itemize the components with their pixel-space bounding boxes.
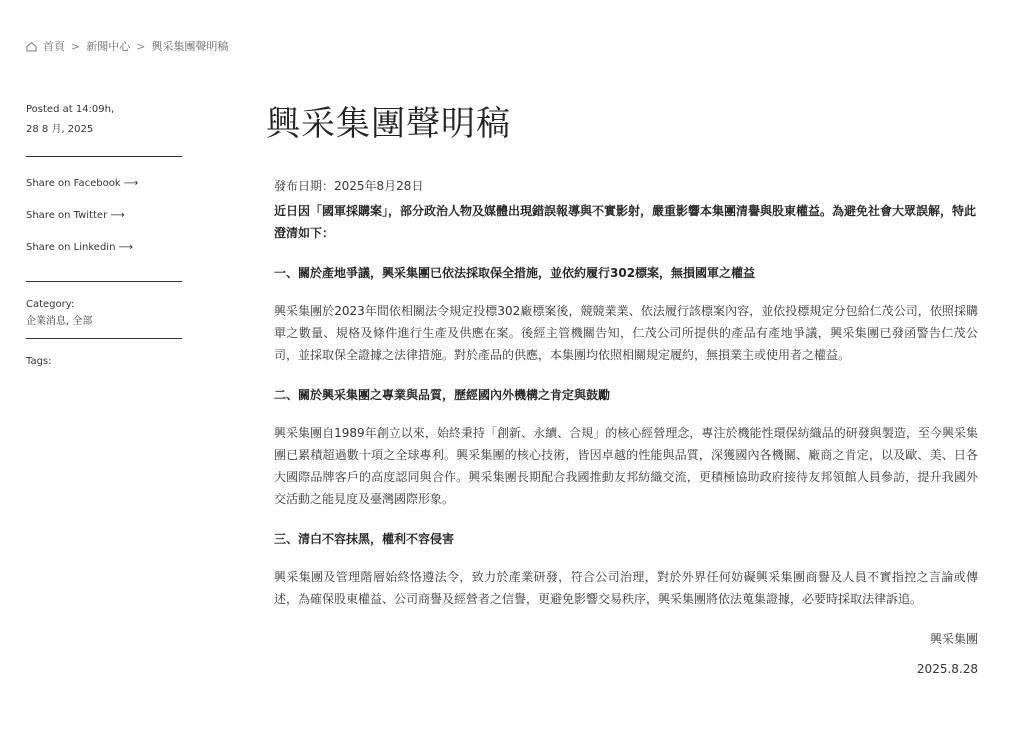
signature: 興采集團 2025.8.28 <box>274 628 978 680</box>
signature-org: 興采集團 <box>274 628 978 650</box>
posted-date: 28 8 月, 2025 <box>26 120 182 140</box>
section-body: 興采集團於2023年間依相關法令規定投標302廠標案後，競競業業、依法履行該標案… <box>274 300 978 366</box>
signature-date: 2025.8.28 <box>274 658 978 680</box>
section-heading: 三、清白不容抹黑，權利不容侵害 <box>274 528 978 550</box>
article-content: 發布日期：2025年8月28日 近日因「國軍採購案」，部分政治人物及媒體出現錯誤… <box>266 176 978 680</box>
breadcrumb-separator: > <box>136 40 145 53</box>
posted-time: Posted at 14:09h, <box>26 100 182 120</box>
section-heading: 二、關於興采集團之專業與品質，歷經國內外機構之肯定與鼓勵 <box>274 384 978 406</box>
share-linkedin-link[interactable]: Share on Linkedin ⟶ <box>26 241 182 273</box>
share-facebook-link[interactable]: Share on Facebook ⟶ <box>26 177 182 209</box>
section-body: 興采集團及管理階層始終恪遵法令，致力於產業研發，符合公司治理，對於外界任何妨礙興… <box>274 566 978 610</box>
share-twitter-link[interactable]: Share on Twitter ⟶ <box>26 209 182 241</box>
tags-block: Tags: <box>26 339 182 370</box>
breadcrumb-news-link[interactable]: 新聞中心 <box>86 38 130 54</box>
section-heading: 一、關於產地爭議，興采集團已依法採取保全措施，並依約履行302標案，無損國軍之權… <box>274 262 978 284</box>
share-links: Share on Facebook ⟶ Share on Twitter ⟶ S… <box>26 157 182 281</box>
category-label: Category: <box>26 296 182 313</box>
page-title: 興采集團聲明稿 <box>266 96 978 152</box>
section-body: 興采集團自1989年創立以來，始終秉持「創新、永續、合規」的核心經營理念，專注於… <box>274 422 978 510</box>
breadcrumb-home-link[interactable]: 首頁 <box>43 38 65 54</box>
breadcrumb-current: 興采集團聲明稿 <box>151 38 228 54</box>
breadcrumb-separator: > <box>71 40 80 53</box>
article: 興采集團聲明稿 發布日期：2025年8月28日 近日因「國軍採購案」，部分政治人… <box>266 96 978 680</box>
tags-label: Tags: <box>26 353 182 370</box>
breadcrumb: 首頁 > 新聞中心 > 興采集團聲明稿 <box>26 38 228 54</box>
category-block: Category: 企業消息, 全部 <box>26 282 182 338</box>
category-value[interactable]: 企業消息, 全部 <box>26 313 182 330</box>
intro-paragraph: 近日因「國軍採購案」，部分政治人物及媒體出現錯誤報導與不實影射，嚴重影響本集團清… <box>274 200 978 244</box>
home-icon[interactable] <box>26 41 37 52</box>
publish-date: 發布日期：2025年8月28日 <box>274 176 978 196</box>
post-sidebar: Posted at 14:09h, 28 8 月, 2025 Share on … <box>26 100 182 370</box>
posted-info: Posted at 14:09h, 28 8 月, 2025 <box>26 100 182 140</box>
page: 首頁 > 新聞中心 > 興采集團聲明稿 Posted at 14:09h, 28… <box>0 0 1024 742</box>
